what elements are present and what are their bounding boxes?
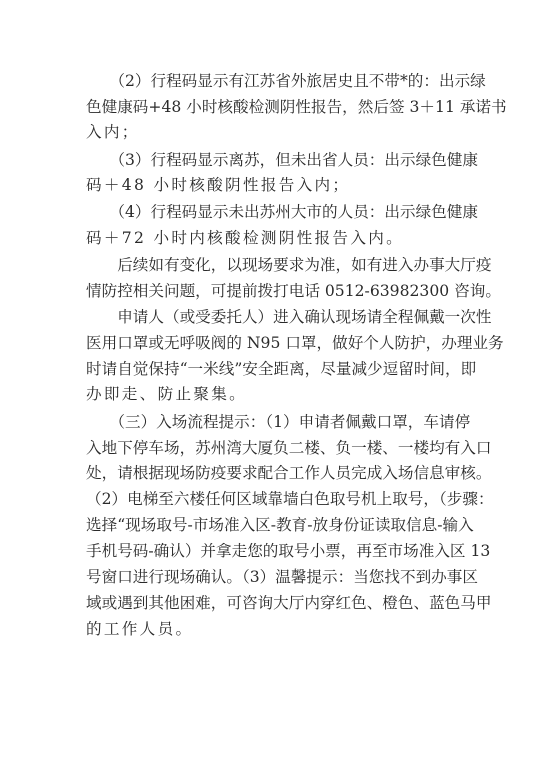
text-line: 入地下停车场，苏州湾大厦负二楼、负一楼、一楼均有入口	[86, 436, 470, 461]
text-line: 申请人（或受委托人）进入确认现场请全程佩戴一次性	[86, 305, 470, 330]
text-line: （3）行程码显示离苏，但未出省人员：出示绿色健康	[86, 148, 470, 173]
text-line: （2）电梯至六楼任何区域靠墙白色取号机上取号，（步骤：	[86, 487, 470, 512]
document-page: （2）行程码显示有江苏省外旅居史且不带*的：出示绿 色健康码+48 小时核酸检测…	[0, 0, 554, 784]
text-line: 码＋72 小时内核酸检测阴性报告入内。	[86, 226, 470, 251]
text-line: 选择“现场取号-市场准入区-教育-放身份证读取信息-输入	[86, 513, 470, 538]
text-line: 后续如有变化，以现场要求为准，如有进入办事大厅疫	[86, 253, 470, 278]
text-line: 码＋48 小时核酸阴性报告入内；	[86, 173, 470, 198]
text-line: 处，请根据现场防疫要求配合工作人员完成入场信息审核。	[86, 461, 470, 486]
text-line: 入内；	[86, 120, 470, 145]
text-line: 手机号码-确认）并拿走您的取号小票，再至市场准入区 13	[86, 539, 470, 564]
text-line: 情防控相关问题，可提前拨打电话 0512-63982300 咨询。	[86, 279, 470, 304]
text-line: 域或遇到其他困难，可咨询大厅内穿红色、橙色、蓝色马甲	[86, 591, 470, 616]
text-line: 号窗口进行现场确认。（3）温馨提示：当您找不到办事区	[86, 565, 470, 590]
text-line: （三）入场流程提示：（1）申请者佩戴口罩，车请停	[86, 410, 470, 435]
text-line: 医用口罩或无呼吸阀的 N95 口罩，做好个人防护，办理业务	[86, 331, 470, 356]
text-line: （2）行程码显示有江苏省外旅居史且不带*的：出示绿	[86, 69, 470, 94]
text-line: （4）行程码显示未出苏州大市的人员：出示绿色健康	[86, 200, 470, 225]
text-line: 办即走、防止聚集。	[86, 382, 470, 407]
text-line: 色健康码+48 小时核酸检测阴性报告，然后签 3＋11 承诺书	[86, 95, 470, 120]
text-line: 的工作人员。	[86, 617, 470, 642]
text-line: 时请自觉保持“一米线”安全距离，尽量减少逗留时间，即	[86, 357, 470, 382]
